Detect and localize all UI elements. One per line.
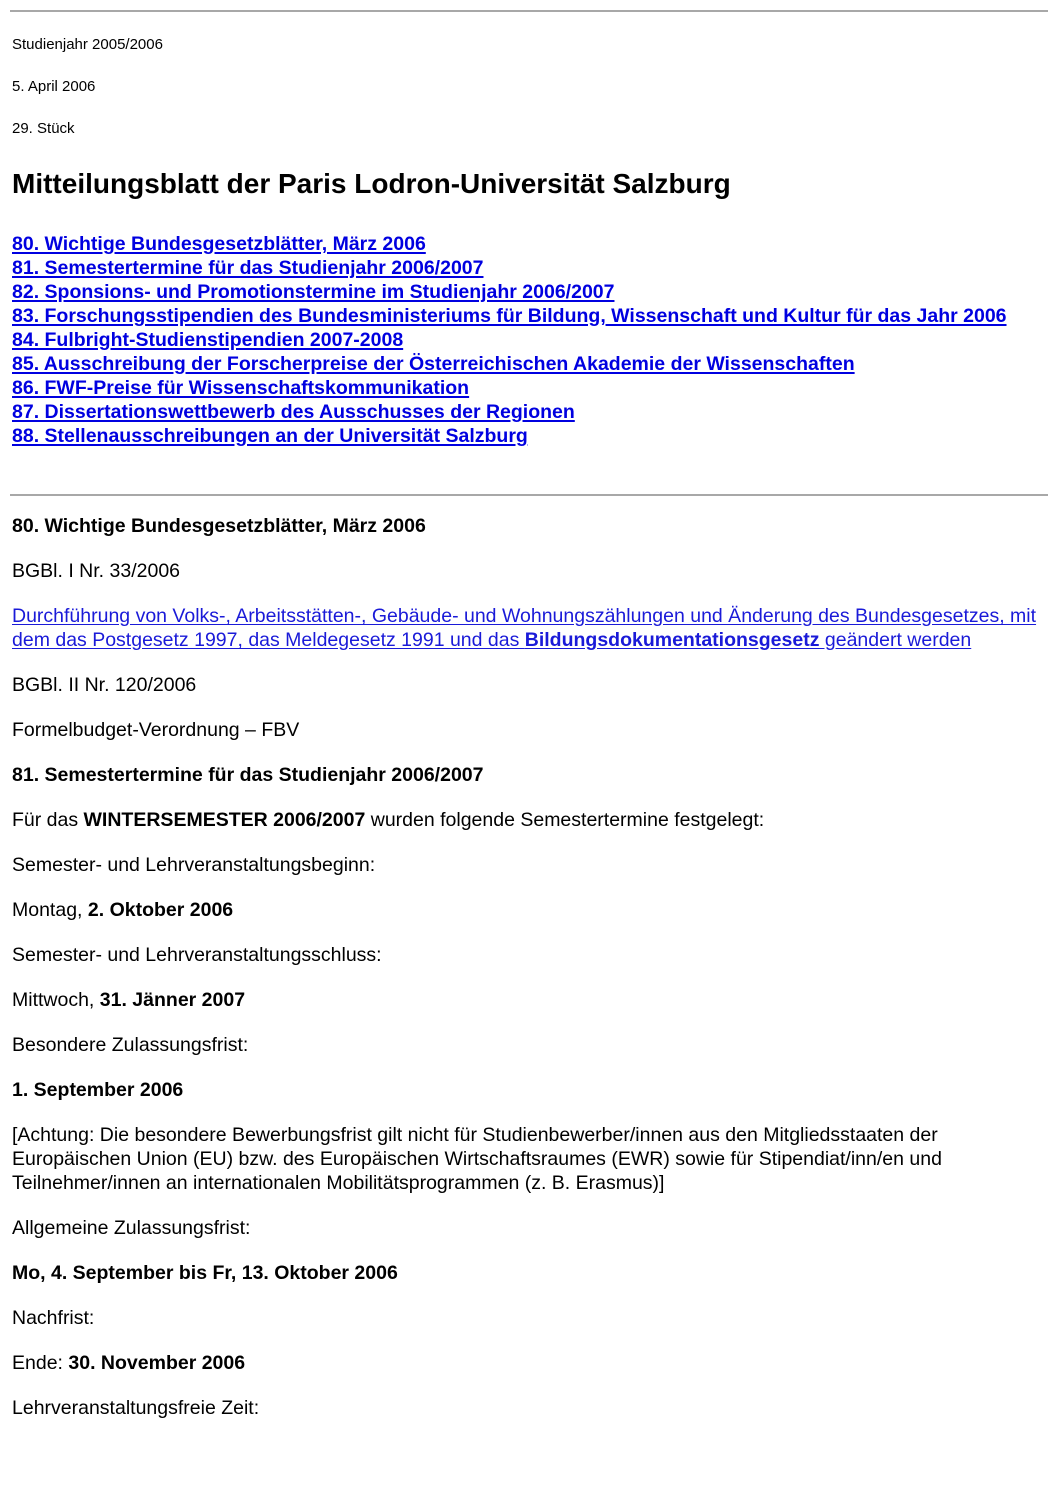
toc-link-86[interactable]: 86. FWF-Preise für Wissenschaftskommunik…	[12, 377, 469, 399]
bgbl-2-title: Formelbudget-Verordnung – FBV	[12, 718, 1048, 742]
intro-pre: Für das	[12, 809, 84, 831]
intro-semester: WINTERSEMESTER 2006/2007	[84, 809, 366, 831]
issue-date: 5. April 2006	[12, 78, 95, 96]
toc-link-84[interactable]: 84. Fulbright-Studienstipendien 2007-200…	[12, 329, 403, 351]
link-text-bold: Bildungsdokumentationsgesetz	[525, 629, 820, 651]
toc-link-81[interactable]: 81. Semestertermine für das Studienjahr …	[12, 257, 483, 279]
end-date: 31. Jänner 2007	[100, 989, 245, 1011]
section-81-heading: 81. Semestertermine für das Studienjahr …	[12, 763, 1048, 787]
nachfrist-label: Nachfrist:	[12, 1306, 1048, 1330]
bgbl-1-reference: BGBl. I Nr. 33/2006	[12, 559, 1048, 583]
nachfrist-pre: Ende:	[12, 1352, 68, 1374]
special-deadline-label: Besondere Zulassungsfrist:	[12, 1033, 1048, 1057]
link-text-trailing: geändert werden	[819, 629, 971, 651]
section-80-heading: 80. Wichtige Bundesgesetzblätter, März 2…	[12, 514, 1048, 538]
special-deadline-note: [Achtung: Die besondere Bewerbungsfrist …	[12, 1123, 1048, 1195]
toc-item: 85. Ausschreibung der Forscherpreise der…	[12, 352, 1052, 376]
bgbl-2-reference: BGBl. II Nr. 120/2006	[12, 673, 1048, 697]
toc-link-82[interactable]: 82. Sponsions- und Promotionstermine im …	[12, 281, 614, 303]
toc-item: 87. Dissertationswettbewerb des Ausschus…	[12, 400, 1052, 424]
page-title: Mitteilungsblatt der Paris Lodron-Univer…	[12, 166, 731, 202]
begin-value: Montag, 2. Oktober 2006	[12, 898, 1048, 922]
special-deadline-date: 1. September 2006	[12, 1078, 1048, 1102]
toc-item: 81. Semestertermine für das Studienjahr …	[12, 256, 1052, 280]
toc-link-80[interactable]: 80. Wichtige Bundesgesetzblätter, März 2…	[12, 233, 426, 255]
nachfrist-date: 30. November 2006	[68, 1352, 245, 1374]
toc-link-85[interactable]: 85. Ausschreibung der Forscherpreise der…	[12, 353, 855, 375]
end-day: Mittwoch,	[12, 989, 100, 1011]
table-of-contents: 80. Wichtige Bundesgesetzblätter, März 2…	[12, 232, 1052, 448]
top-divider	[10, 10, 1048, 12]
academic-year: Studienjahr 2005/2006	[12, 36, 163, 54]
toc-link-87[interactable]: 87. Dissertationswettbewerb des Ausschus…	[12, 401, 575, 423]
bgbl-1-description: Durchführung von Volks-, Arbeitsstätten-…	[12, 604, 1048, 652]
toc-item: 82. Sponsions- und Promotionstermine im …	[12, 280, 1052, 304]
begin-date: 2. Oktober 2006	[88, 899, 233, 921]
toc-item: 84. Fulbright-Studienstipendien 2007-200…	[12, 328, 1052, 352]
toc-item: 80. Wichtige Bundesgesetzblätter, März 2…	[12, 232, 1052, 256]
issue-number: 29. Stück	[12, 120, 75, 138]
toc-link-88[interactable]: 88. Stellenausschreibungen an der Univer…	[12, 425, 528, 447]
nachfrist-value: Ende: 30. November 2006	[12, 1351, 1048, 1375]
end-label: Semester- und Lehrveranstaltungsschluss:	[12, 943, 1048, 967]
begin-day: Montag,	[12, 899, 88, 921]
toc-item: 88. Stellenausschreibungen an der Univer…	[12, 424, 1052, 448]
toc-item: 83. Forschungsstipendien des Bundesminis…	[12, 304, 1052, 328]
end-value: Mittwoch, 31. Jänner 2007	[12, 988, 1048, 1012]
section-divider	[10, 494, 1048, 496]
toc-item: 86. FWF-Preise für Wissenschaftskommunik…	[12, 376, 1052, 400]
general-deadline-dates: Mo, 4. September bis Fr, 13. Oktober 200…	[12, 1261, 1048, 1285]
lecture-free-label: Lehrveranstaltungsfreie Zeit:	[12, 1396, 1048, 1420]
wintersemester-intro: Für das WINTERSEMESTER 2006/2007 wurden …	[12, 808, 1048, 832]
intro-post: wurden folgende Semestertermine festgele…	[365, 809, 764, 831]
begin-label: Semester- und Lehrveranstaltungsbeginn:	[12, 853, 1048, 877]
document-body: 80. Wichtige Bundesgesetzblätter, März 2…	[12, 514, 1048, 1441]
toc-link-83[interactable]: 83. Forschungsstipendien des Bundesminis…	[12, 305, 1007, 327]
general-deadline-label: Allgemeine Zulassungsfrist:	[12, 1216, 1048, 1240]
